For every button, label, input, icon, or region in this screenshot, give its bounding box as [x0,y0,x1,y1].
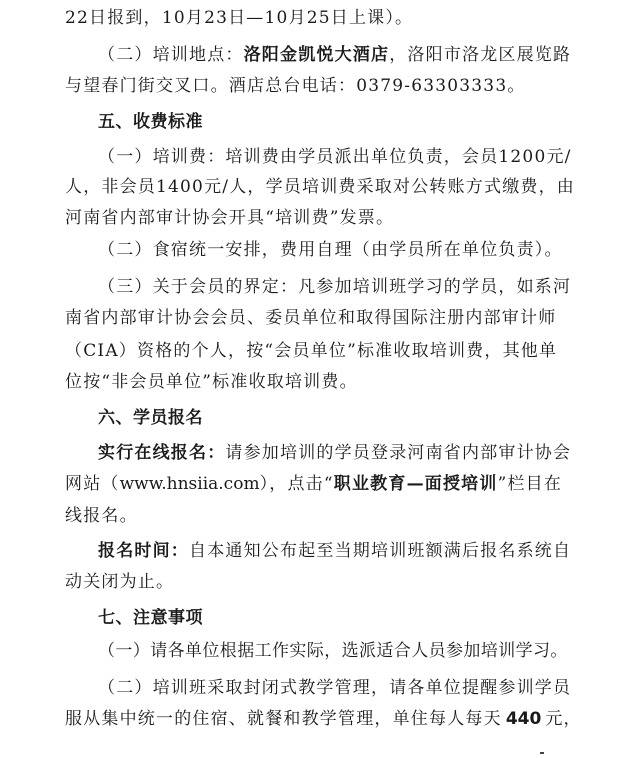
text: ），点击“ [260,474,334,494]
text: 自本通知公布起至当期培训班额满后报名系统自 [189,541,571,561]
text: 网站（ [65,474,120,494]
paragraph-line: 人，非会员1400元/人，学员培训费采取对公转账方式缴费，由 [65,177,557,197]
section-heading-fees: 五、收费标准 [98,112,557,132]
registration-time-line: 报名时间：自本通知公布起至当期培训班额满后报名系统自 [98,541,557,561]
page-mark [540,752,544,754]
hotel-name: 洛阳金凯悦大酒店 [244,45,390,65]
text: 请参加培训的学员登录河南省内部审计协会 [225,443,571,463]
paragraph-line: （二）培训班采取封闭式教学管理，请各单位提醒参训学员 [98,678,557,698]
website-line: 网站（www.hnsiia.com），点击“职业教育—面授培训”栏目在 [65,474,557,494]
paragraph-line: 位按“非会员单位”标准收取培训费。 [65,372,557,392]
paragraph-line: 线报名。 [65,506,557,526]
paragraph-line: 南省内部审计协会会员、委员单位和取得国际注册内部审计师 [65,308,557,328]
paragraph-line: 河南省内部审计协会开具“培训费”发票。 [65,208,557,228]
document-page: 22日报到，10月23日—10月25日上课）。 （二）培训地点：洛阳金凯悦大酒店… [0,0,633,758]
paragraph-line: 与望春门街交叉口。酒店总台电话：0379-63303333。 [65,76,557,96]
paragraph-line: （一）培训费：培训费由学员派出单位负责，会员1200元/ [98,147,557,167]
paragraph-line: （二）食宿统一安排，费用自理（由学员所在单位负责）。 [98,240,557,260]
website-link[interactable]: www.hnsiia.com [120,474,260,494]
daily-cost-value: 440 [506,709,542,729]
lodging-cost-line: 服从集中统一的住宿、就餐和教学管理，单住每人每天440元， [65,709,557,729]
training-location-line: （二）培训地点：洛阳金凯悦大酒店，洛阳市洛龙区展览路 [98,45,557,65]
text: 服从集中统一的住宿、就餐和教学管理，单住每人每天 [65,709,502,729]
online-registration-line: 实行在线报名：请参加培训的学员登录河南省内部审计协会 [98,443,557,463]
text: ”栏目在 [498,474,563,494]
section-heading-registration: 六、学员报名 [98,408,557,428]
paragraph-line: （一）请各单位根据工作实际，选派适合人员参加培训学习。 [98,641,557,661]
text: 22日报到，10月23日—10月25日上课）。 [65,8,413,28]
paragraph-line: （三）关于会员的界定：凡参加培训班学习的学员，如系河 [98,277,557,297]
hotel-phone-text: 与望春门街交叉口。酒店总台电话：0379-63303333。 [65,76,526,96]
text: （二）培训地点： [98,45,244,65]
paragraph-line: 动关闭为止。 [65,572,557,592]
bold-label: 报名时间： [98,541,189,561]
text: 元， [545,709,581,729]
menu-column-name: 职业教育—面授培训 [334,474,498,494]
paragraph-line: 22日报到，10月23日—10月25日上课）。 [65,8,557,28]
paragraph-line: （CIA）资格的个人，按“会员单位”标准收取培训费，其他单 [65,341,557,361]
bold-label: 实行在线报名： [98,443,225,463]
text: ，洛阳市洛龙区展览路 [389,45,571,65]
section-heading-notes: 七、注意事项 [98,608,557,628]
